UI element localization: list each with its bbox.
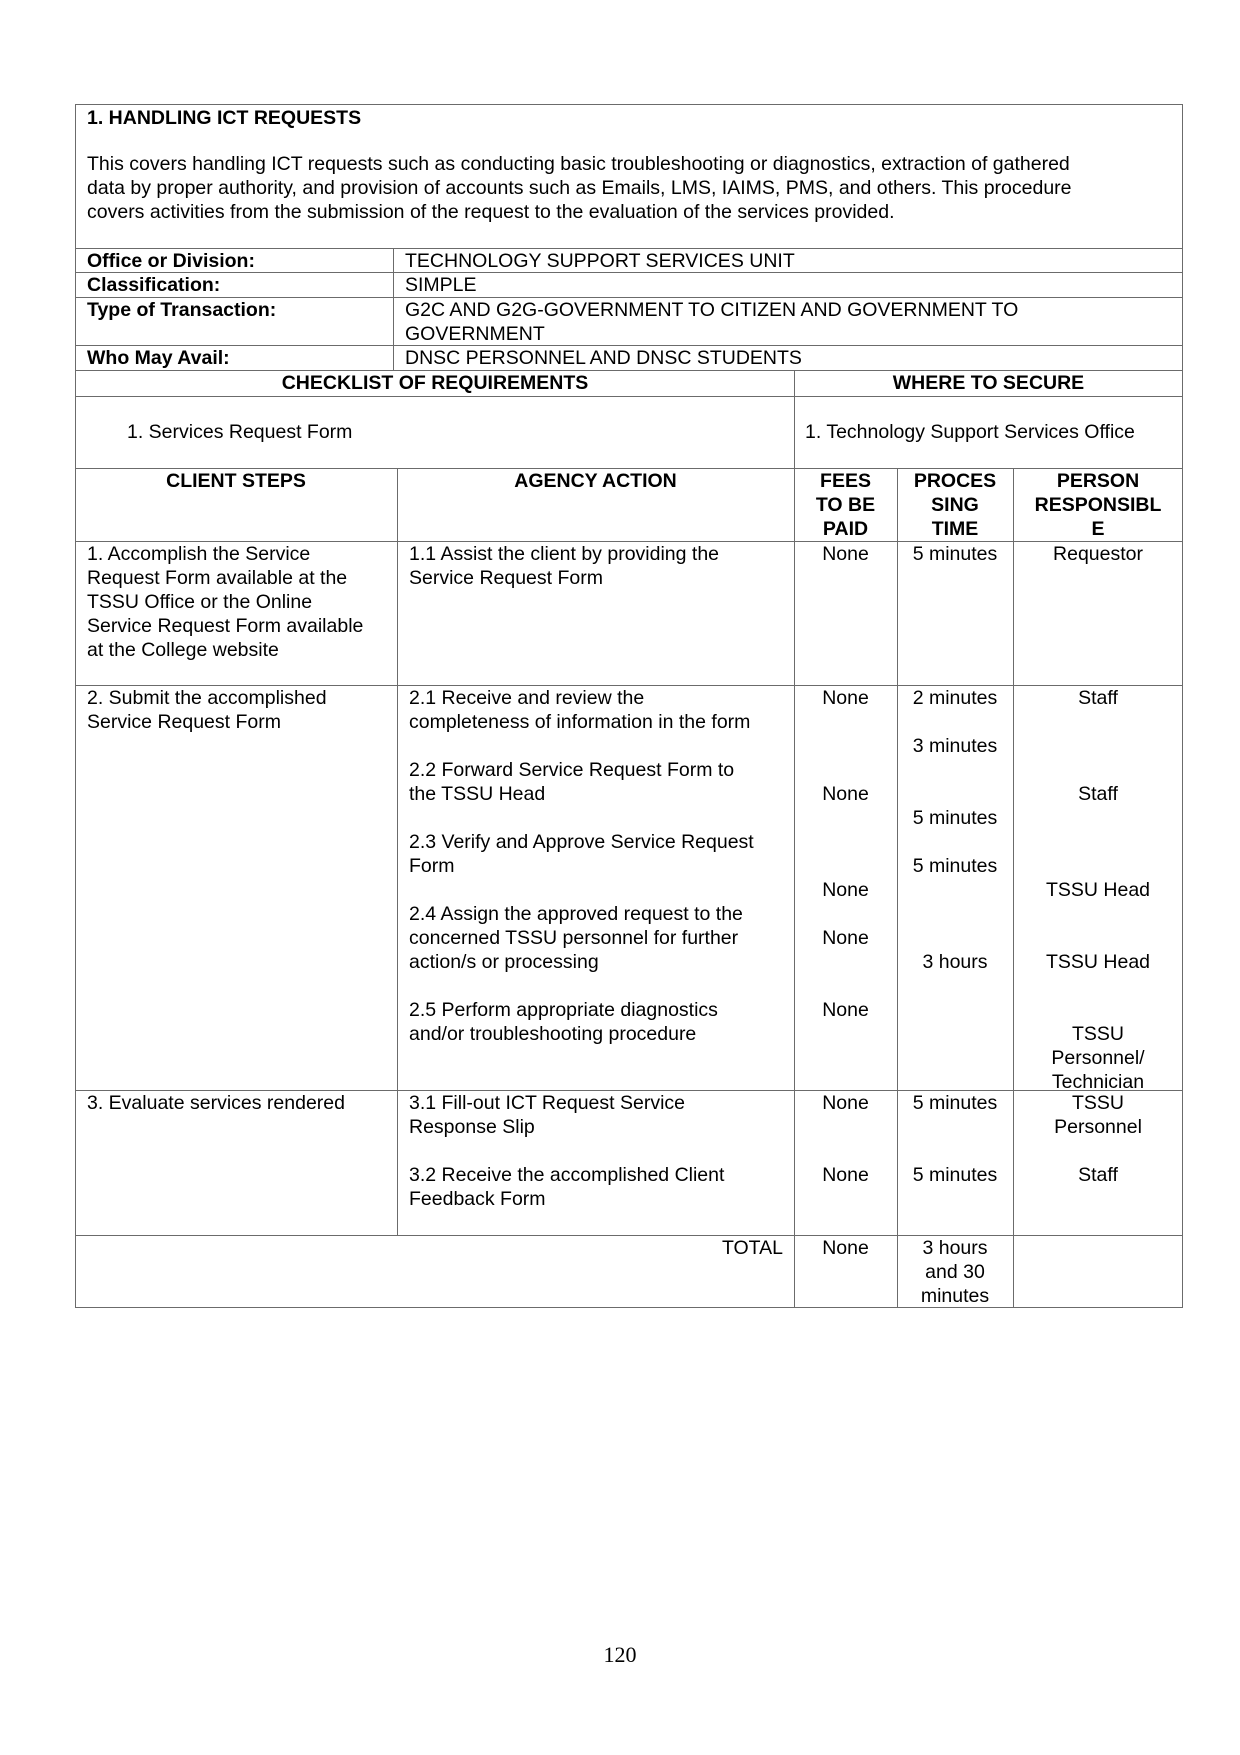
header-fees: FEES TO BE PAID: [794, 469, 897, 541]
section-title: 1. HANDLING ICT REQUESTS: [87, 106, 361, 130]
info-value-transaction: G2C AND G2G-GOVERNMENT TO CITIZEN AND GO…: [405, 298, 1175, 346]
person-1: Requestor: [1013, 542, 1183, 566]
client-step-1: 1. Accomplish the Service Request Form a…: [87, 542, 392, 662]
fees-3: None None: [794, 1091, 897, 1187]
fees-2: None None None None None: [794, 686, 897, 1022]
info-label-office: Office or Division:: [87, 249, 255, 273]
section-description: This covers handling ICT requests such a…: [87, 152, 1177, 224]
requirement-item: 1. Services Request Form: [127, 420, 352, 444]
agency-action-2: 2.1 Receive and review the completeness …: [409, 686, 789, 1046]
header-processing-time: PROCES SING TIME: [897, 469, 1013, 541]
document-page: 1. HANDLING ICT REQUESTS This covers han…: [0, 0, 1240, 1755]
info-label-classification: Classification:: [87, 273, 220, 297]
header-person-responsible: PERSON RESPONSIBL E: [1013, 469, 1183, 541]
total-time: 3 hours and 30 minutes: [897, 1236, 1013, 1308]
total-label: TOTAL: [75, 1236, 783, 1260]
info-label-who-may-avail: Who May Avail:: [87, 346, 230, 370]
info-value-who-may-avail: DNSC PERSONNEL AND DNSC STUDENTS: [405, 346, 802, 370]
client-step-3: 3. Evaluate services rendered: [87, 1091, 392, 1115]
agency-action-1: 1.1 Assist the client by providing the S…: [409, 542, 789, 590]
person-3: TSSU Personnel Staff: [1013, 1091, 1183, 1187]
info-value-classification: SIMPLE: [405, 273, 477, 297]
time-3: 5 minutes 5 minutes: [897, 1091, 1013, 1187]
fees-1: None: [794, 542, 897, 566]
time-1: 5 minutes: [897, 542, 1013, 566]
header-client-steps: CLIENT STEPS: [75, 469, 397, 493]
where-to-secure-item: 1. Technology Support Services Office: [805, 420, 1135, 444]
person-2: Staff Staff TSSU Head TSSU Head TSSU Per…: [1013, 686, 1183, 1094]
checklist-header: CHECKLIST OF REQUIREMENTS: [75, 371, 795, 395]
page-number: 120: [0, 1642, 1240, 1668]
client-step-2: 2. Submit the accomplished Service Reque…: [87, 686, 392, 734]
where-to-secure-header: WHERE TO SECURE: [794, 371, 1183, 395]
agency-action-3: 3.1 Fill-out ICT Request Service Respons…: [409, 1091, 789, 1211]
info-label-transaction: Type of Transaction:: [87, 298, 276, 322]
info-value-office: TECHNOLOGY SUPPORT SERVICES UNIT: [405, 249, 795, 273]
time-2: 2 minutes 3 minutes 5 minutes 5 minutes …: [897, 686, 1013, 974]
total-fees: None: [794, 1236, 897, 1260]
header-agency-action: AGENCY ACTION: [397, 469, 794, 493]
